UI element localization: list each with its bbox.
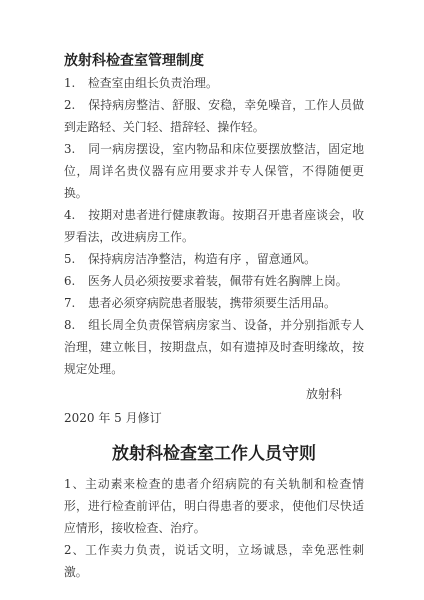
- item-text: 保持病房洁净整洁，构造有序 ，留意通风。: [88, 252, 316, 266]
- item-text: 患者必须穿病院患者服装，携带须要生活用品。: [88, 296, 336, 310]
- regulation-item-3: 3.同一病房摆设，室内物品和床位要摆放整洁，固定地位，周详名贵仪器有应用要求并专…: [64, 138, 364, 204]
- item-text: 保持病房整洁、舒服、安稳，幸免噪音，工作人员做到走路轻、关门轻、措辞轻、操作轻。: [64, 98, 364, 134]
- department-signature: 放射科: [64, 383, 364, 405]
- section2-title: 放射科检查室工作人员守则: [64, 441, 364, 467]
- item-number: 7.: [64, 292, 88, 314]
- item-number: 8.: [64, 314, 88, 336]
- document-page: 放射科检查室管理制度 1.检查室由组长负责治理。 2.保持病房整洁、舒服、安稳，…: [64, 50, 364, 583]
- regulation-item-6: 6.医务人员必须按要求着装，佩带有姓名胸牌上岗。: [64, 270, 364, 292]
- item-number: 2.: [64, 94, 88, 116]
- regulation-item-4: 4.按期对患者进行健康教诲。按期召开患者座谈会，收罗看法，改进病房工作。: [64, 204, 364, 248]
- revision-date: 2020 年 5 月修订: [64, 407, 364, 429]
- section1-title: 放射科检查室管理制度: [64, 50, 364, 72]
- item-number: 1.: [64, 72, 88, 94]
- staff-rule-1: 1、主动素来检查的患者介绍病院的有关轨制和检查情形，进行检查前评估，明白得患者的…: [64, 473, 364, 539]
- regulation-item-1: 1.检查室由组长负责治理。: [64, 72, 364, 94]
- regulation-item-5: 5.保持病房洁净整洁，构造有序 ，留意通风。: [64, 248, 364, 270]
- staff-rule-2: 2、工作卖力负责，说话文明，立场诚恳，幸免恶性刺激。: [64, 539, 364, 583]
- regulation-item-8: 8.组长周全负责保管病房家当、设备，并分别指派专人治理，建立帐目，按期盘点，如有…: [64, 314, 364, 380]
- regulation-item-7: 7.患者必须穿病院患者服装，携带须要生活用品。: [64, 292, 364, 314]
- item-text: 组长周全负责保管病房家当、设备，并分别指派专人治理，建立帐目，按期盘点，如有遗掉…: [64, 318, 364, 376]
- item-text: 检查室由组长负责治理。: [88, 76, 218, 90]
- item-text: 按期对患者进行健康教诲。按期召开患者座谈会，收罗看法，改进病房工作。: [64, 208, 364, 244]
- item-number: 6.: [64, 270, 88, 292]
- item-number: 3.: [64, 138, 88, 160]
- item-text: 医务人员必须按要求着装，佩带有姓名胸牌上岗。: [88, 274, 348, 288]
- staff-rules-list: 1、主动素来检查的患者介绍病院的有关轨制和检查情形，进行检查前评估，明白得患者的…: [64, 473, 364, 583]
- item-text: 同一病房摆设，室内物品和床位要摆放整洁，固定地位，周详名贵仪器有应用要求并专人保…: [64, 142, 364, 200]
- regulation-list: 1.检查室由组长负责治理。 2.保持病房整洁、舒服、安稳，幸免噪音，工作人员做到…: [64, 72, 364, 380]
- regulation-item-2: 2.保持病房整洁、舒服、安稳，幸免噪音，工作人员做到走路轻、关门轻、措辞轻、操作…: [64, 94, 364, 138]
- item-number: 5.: [64, 248, 88, 270]
- item-number: 4.: [64, 204, 88, 226]
